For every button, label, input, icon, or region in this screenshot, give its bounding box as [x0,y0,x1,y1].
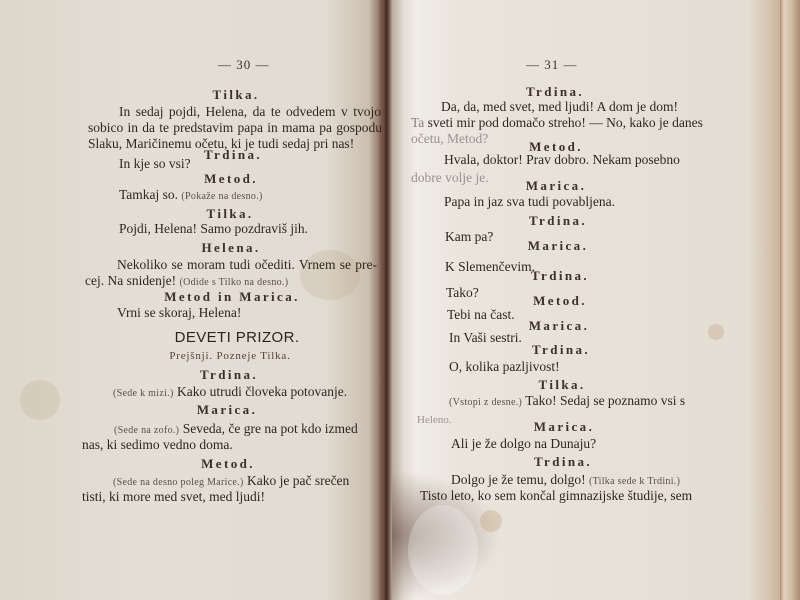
speaker-name: Trdina. [534,454,592,470]
page-number: — 30 — [218,57,270,73]
scene-subtitle: Prejšnji. Pozneje Tilka. [169,350,290,362]
dialogue-line: Tamkaj so. (Pokaže na desno.) [119,187,263,205]
dialogue-line: nas, ki sedimo vedno doma. [82,437,233,453]
paper-glare [408,505,478,595]
speaker-name: Marica. [197,402,257,418]
paper-stain [20,380,60,420]
dialogue-line: Ta sveti mir pod domačo streho! — No, ka… [411,115,703,131]
dialogue-line: sobico in da te predstavim papa in mama … [88,120,382,136]
book-gutter [378,0,392,600]
speaker-name: Tilka. [538,377,585,393]
dialogue-text: Seveda, če gre na pot kdo izmed [183,421,358,436]
speaker-name: Trdina. [531,268,589,284]
paper-stain [480,510,502,532]
dialogue-text: Dolgo je že temu, dolgo! [451,472,586,487]
speaker-name: Trdina. [200,367,258,383]
dialogue-line: Tako? [446,285,479,301]
dialogue-line: Ali je že dolgo na Dunaju? [451,436,596,452]
dialogue-line: In Vaši sestri. [449,330,522,346]
speaker-name: Marica. [528,238,588,254]
speaker-name: Trdina. [529,213,587,229]
dialogue-line: Vrni se skoraj, Helena! [117,305,241,321]
dialogue-text: sveti mir pod domačo streho! — No, kako … [424,115,703,130]
stage-direction: (Vstopi z desne.) [449,397,522,408]
dialogue-line: (Vstopi z desne.) Tako! Sedaj se poznamo… [449,393,685,411]
dialogue-line: Kam pa? [445,229,493,245]
book-spread: — 30 — Tilka. In sedaj pojdi, Helena, da… [0,0,800,600]
speaker-name: Marica. [529,318,589,334]
speaker-name: Trdina. [532,342,590,358]
dialogue-line: Da, da, med svet, med ljudi! A dom je do… [441,99,678,115]
stage-direction: (Tilka sede k Trdini.) [589,476,680,487]
stage-direction: (Sede k mizi.) [113,388,174,399]
page-edges [780,0,800,600]
dialogue-text: Tako! Sedaj se poznamo vsi s [525,393,685,408]
paper-stain [708,324,724,340]
stage-direction: (Sede na desno poleg Marice.) [113,477,244,488]
speaker-name: Metod in Marica. [164,289,300,305]
dialogue-text: Kako je pač srečen [247,473,349,488]
speaker-name: Helena. [201,240,260,256]
speaker-name: Metod. [201,456,255,472]
dialogue-line: Nekoliko se moram tudi očediti. Vrnem se… [117,257,377,273]
speaker-name: Trdina. [526,84,584,100]
dialogue-line: Hvala, doktor! Prav dobro. Nekam posebno [444,152,680,168]
dialogue-line: Heleno. [417,412,452,428]
dialogue-line: In kje so vsi? [119,156,191,172]
speaker-name: Tilka. [206,206,253,222]
dialogue-line: tisti, ki more med svet, med ljudi! [82,489,265,505]
dialogue-line: K Slemenčevim. [445,259,535,275]
speaker-name: Marica. [526,178,586,194]
dialogue-line: dobre volje je. [411,170,489,186]
dialogue-line: očetu, Metod? [411,131,488,147]
stage-direction: (Odide s Tilko na desno.) [179,277,288,288]
stage-direction: (Sede na zofo.) [114,425,179,436]
speaker-name: Marica. [534,419,594,435]
dialogue-line: O, kolika pazljivost! [449,359,560,375]
stage-direction: (Pokaže na desno.) [181,191,262,202]
dialogue-line: Pojdi, Helena! Samo pozdraviš jih. [119,221,308,237]
speaker-name: Trdina. [204,147,262,163]
page-number: — 31 — [526,57,578,73]
speaker-name: Metod. [533,293,587,309]
dialogue-text: Kako utrudi človeka potovanje. [177,384,347,399]
scene-title: DEVETI PRIZOR. [175,329,300,346]
dialogue-line: In sedaj pojdi, Helena, da te odvedem v … [119,104,381,120]
dialogue-line: Papa in jaz sva tudi povabljena. [444,194,615,210]
dialogue-line: Tisto leto, ko sem končal gimnazijske št… [420,488,692,504]
dialogue-text: Tamkaj so. [119,187,178,202]
dialogue-line: Tebi na čast. [447,307,515,323]
speaker-name: Tilka. [212,87,259,103]
speaker-name: Metod. [204,171,258,187]
dialogue-line: (Sede k mizi.) Kako utrudi človeka potov… [113,384,347,402]
dialogue-text: cej. Na snidenje! [85,273,176,288]
